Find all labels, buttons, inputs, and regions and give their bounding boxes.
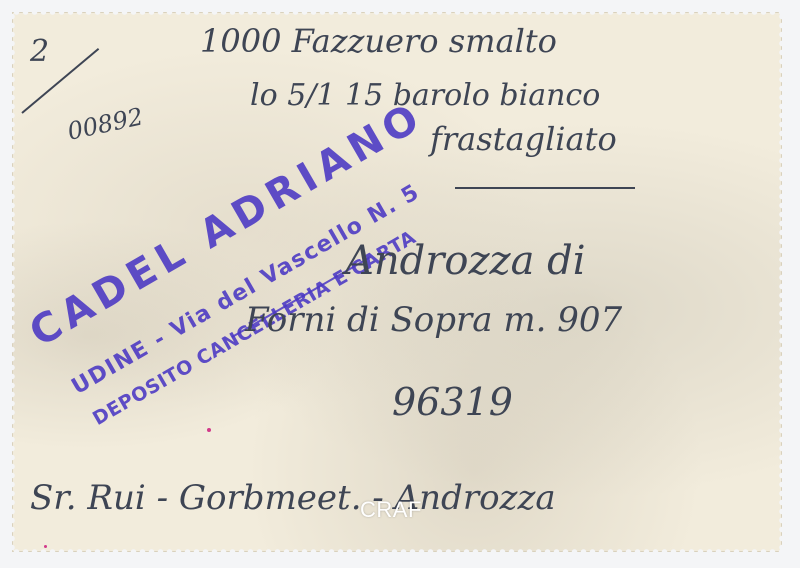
ink-speck — [207, 428, 211, 432]
inscription-line-1: 1000 Fazzuero smalto — [200, 22, 557, 60]
deckled-edge-left — [9, 12, 15, 552]
watermark: CRAF — [360, 497, 422, 523]
deckled-edge-top — [12, 9, 782, 15]
inscription-line-3: frastagliato — [430, 120, 617, 158]
ink-speck — [44, 545, 47, 548]
inscription-line-2: lo 5/1 15 barolo bianco — [250, 78, 600, 113]
corner-number: 2 — [30, 34, 49, 69]
deckled-edge-right — [779, 12, 785, 552]
inscription-underline — [455, 187, 635, 189]
signature-line: Sr. Rui - Gorbmeet. - Androzza — [30, 478, 556, 518]
catalog-number: 96319 — [392, 380, 513, 424]
deckled-edge-bottom — [12, 549, 782, 555]
inscription-line-5: Forni di Sopra m. 907 — [245, 300, 622, 340]
inscription-line-4: Androzza di — [345, 238, 586, 284]
